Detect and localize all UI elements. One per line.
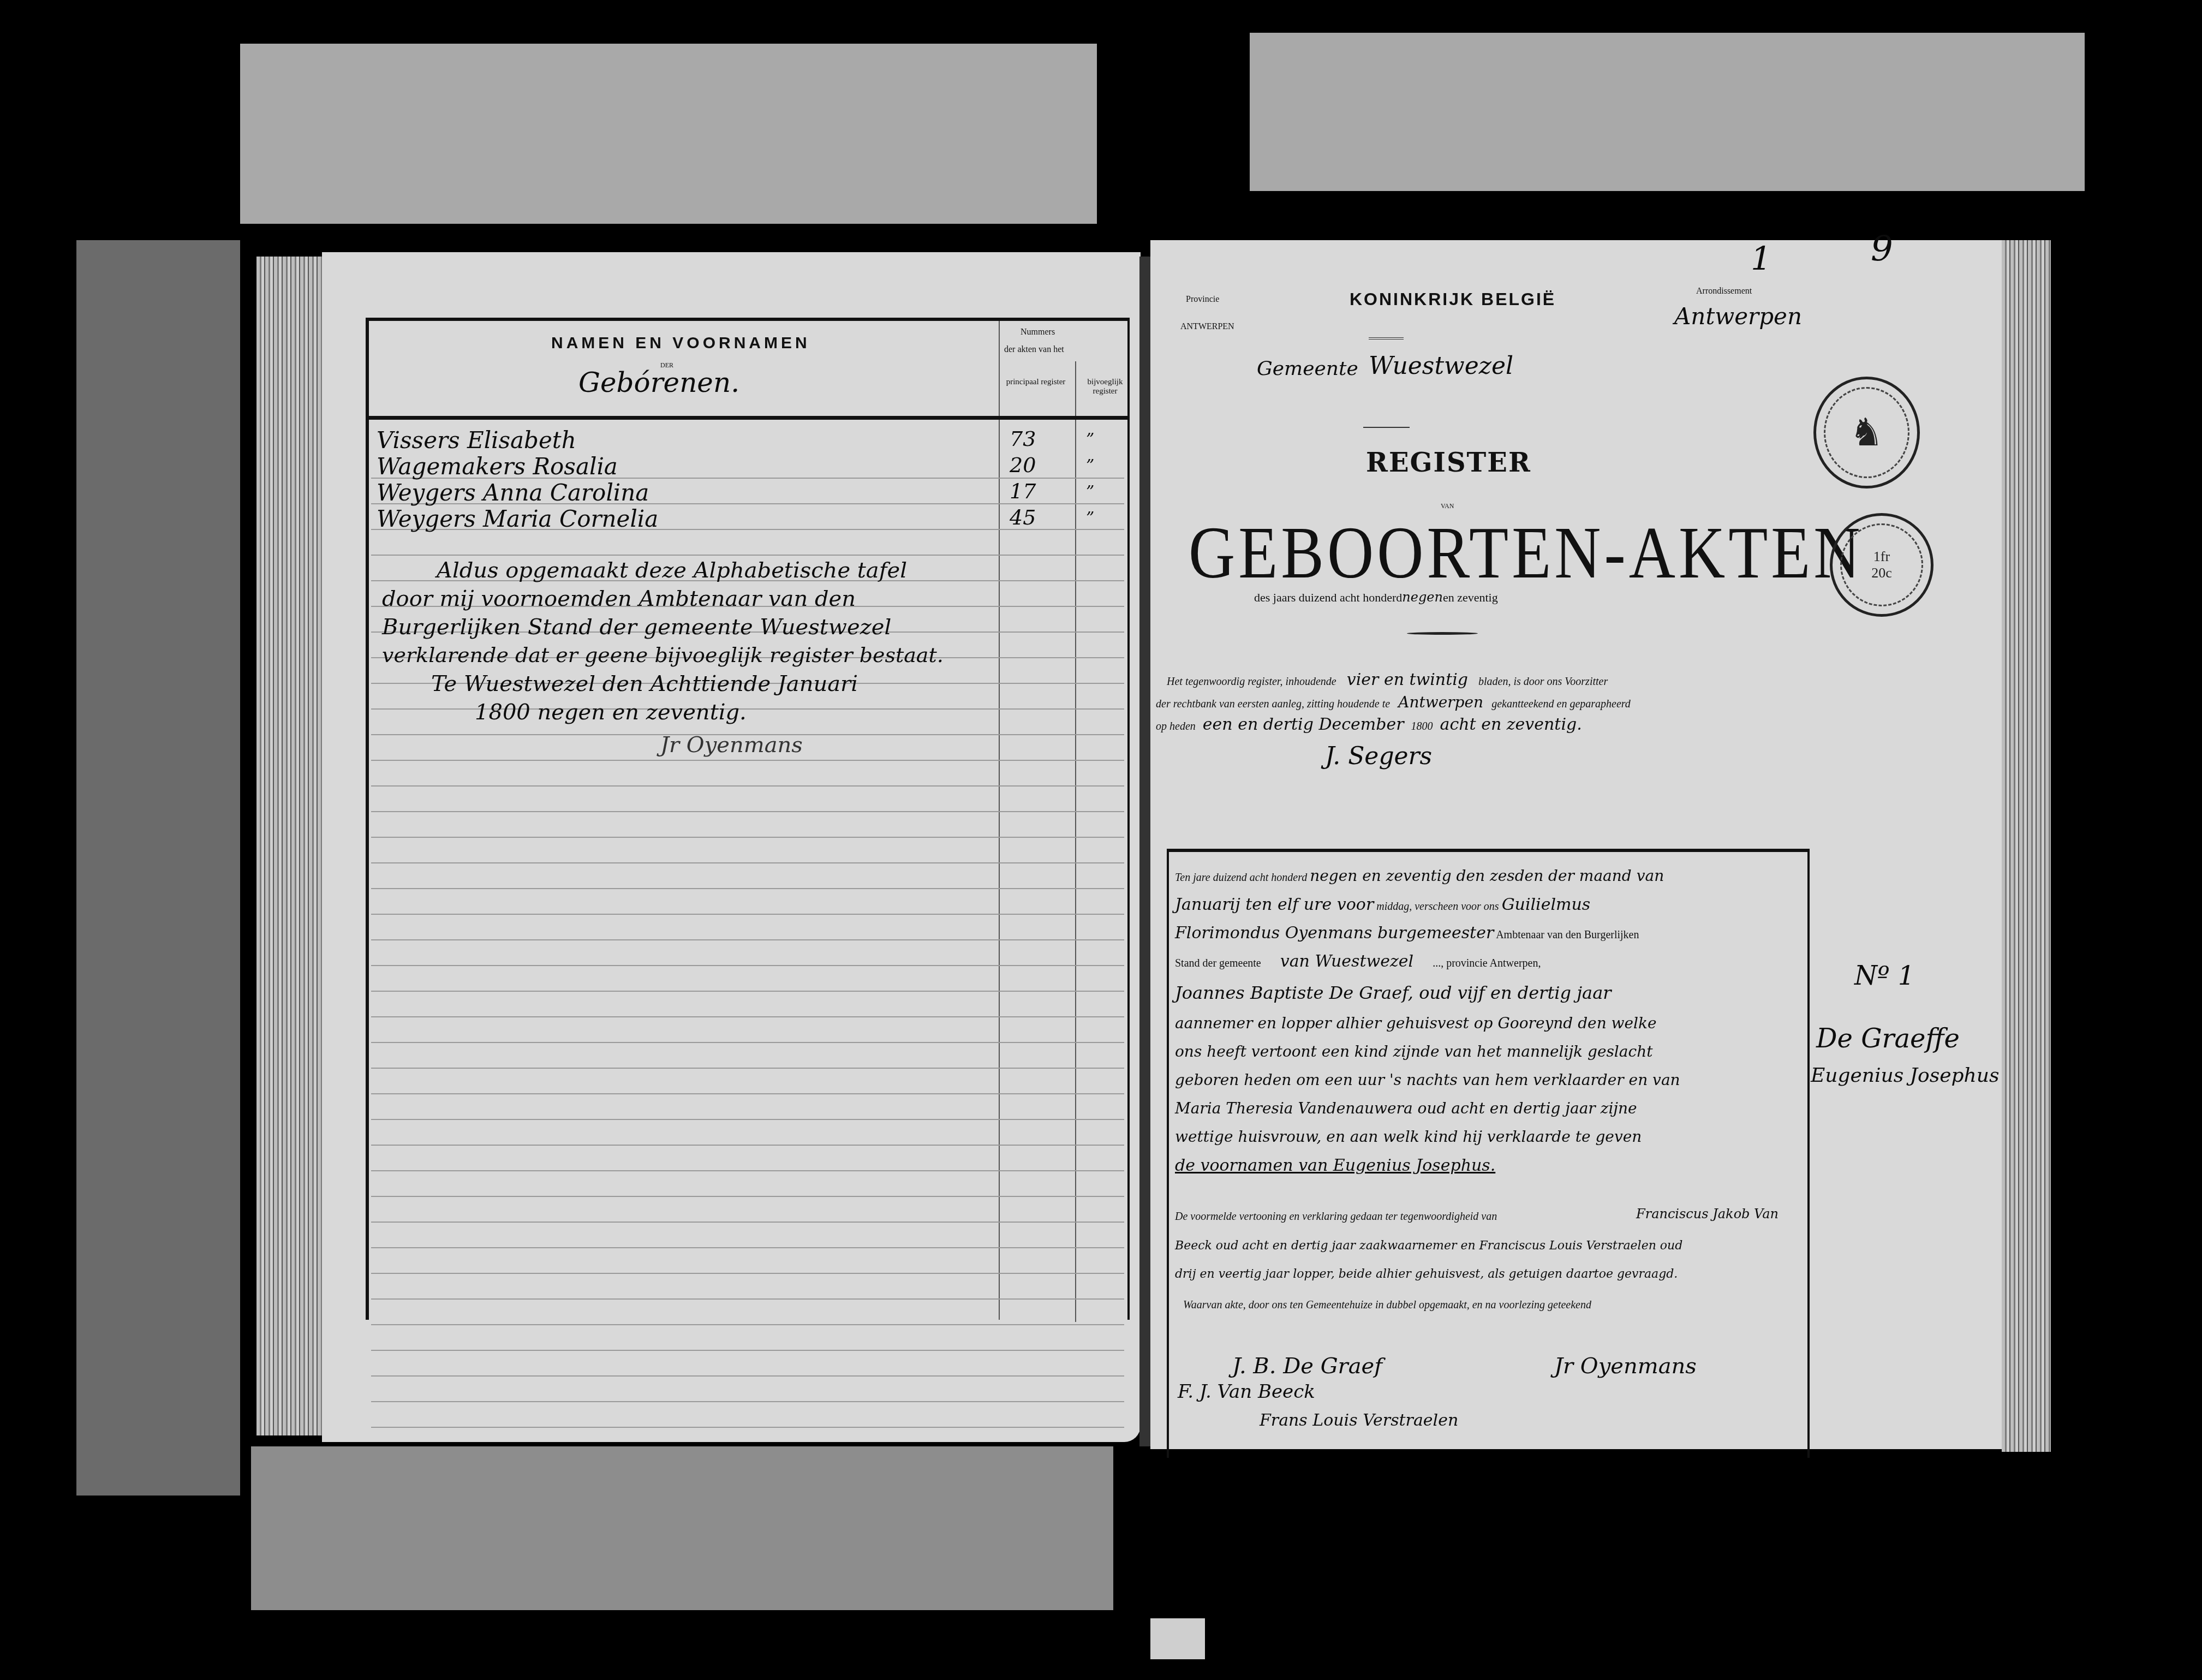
act-line: Januarij ten elf ure voor middag, versch… xyxy=(1175,895,1590,914)
stamp-timbre-de-dimension: 1fr 20c xyxy=(1830,513,1934,617)
index-row: Wagemakers Rosalia 20 ” xyxy=(377,453,1130,480)
margin-act-number: Nº 1 xyxy=(1854,961,1914,991)
closing-line: Burgerlijken Stand der gemeente Wuestwez… xyxy=(382,615,891,640)
left-page: NAMEN EN VOORNAMEN DER Gebórenen. Nummer… xyxy=(322,252,1141,1442)
register-van: VAN xyxy=(1441,502,1454,510)
closing-line: 1800 negen en zeventig. xyxy=(475,700,747,725)
left-page-edges xyxy=(256,257,322,1435)
year-line: des jaars duizend acht honderdnegenen ze… xyxy=(1254,589,1498,605)
closing-line: verklarende dat er geene bijvoeglijk reg… xyxy=(382,643,944,667)
closing-line: Te Wuestwezel den Achttiende Januari xyxy=(431,671,858,696)
book-spine xyxy=(1139,257,1150,1446)
provincie-value: ANTWERPEN xyxy=(1180,322,1234,332)
signature-declarant: J. B. De Graef xyxy=(1232,1354,1382,1379)
index-row: Weygers Anna Carolina 17 ” xyxy=(377,479,1130,507)
year-prefix: des jaars duizend acht honderd xyxy=(1254,591,1402,604)
act-line: aannemer en lopper alhier gehuisvest op … xyxy=(1175,1014,1657,1032)
act-line: Florimondus Oyenmans burgemeester Ambten… xyxy=(1175,924,1639,943)
closing-line: door mij voornoemden Ambtenaar van den xyxy=(382,586,856,611)
act-line: Stand der gemeente van Wuestwezel ..., p… xyxy=(1175,952,1541,971)
signature-witness-2: Frans Louis Verstraelen xyxy=(1260,1411,1458,1430)
closing-print: Waarvan akte, door ons ten Gemeentehuize… xyxy=(1183,1299,1591,1312)
index-row: Vissers Elisabeth 73 ” xyxy=(377,427,1130,454)
row-principal: 73 xyxy=(1010,427,1036,451)
table-surface-top-left xyxy=(240,44,1097,224)
margin-surname: De Graeffe xyxy=(1816,1023,1960,1054)
row-bijvoeglijk: ” xyxy=(1086,509,1094,528)
year-hand: negen xyxy=(1402,589,1443,605)
gemeente-divider xyxy=(1363,427,1410,428)
act-line: Maria Theresia Vandenauwera oud acht en … xyxy=(1175,1099,1637,1117)
certification-line-3: op heden een en dertig December 1800 ach… xyxy=(1156,715,1582,734)
corner-number-right: 9 xyxy=(1871,229,1893,270)
main-title: GEBOORTEN-AKTEN xyxy=(1189,510,1864,595)
row-principal: 45 xyxy=(1010,505,1036,529)
row-principal: 20 xyxy=(1010,453,1036,477)
witnesses-hand: Beeck oud acht en dertig jaar zaakwaarne… xyxy=(1175,1239,1682,1253)
header-separator xyxy=(369,416,1127,420)
right-page-edges xyxy=(2002,240,2051,1452)
row-principal: 17 xyxy=(1010,479,1036,503)
index-row: Weygers Maria Cornelia 45 ” xyxy=(377,505,1130,533)
column-header-bijvoeglijk: bijvoeglijk register xyxy=(1078,378,1132,396)
witnesses-hand: drij en veertig jaar lopper, beide alhie… xyxy=(1175,1267,1678,1281)
gemeente-label: Gemeente xyxy=(1257,358,1358,380)
row-name: Wagemakers Rosalia xyxy=(377,453,618,480)
index-header-title: NAMEN EN VOORNAMEN xyxy=(551,334,810,353)
signature-witness-1: F. J. Van Beeck xyxy=(1178,1381,1315,1403)
gemeente-value: Wuestwezel xyxy=(1369,352,1513,380)
table-surface-top-right xyxy=(1250,33,2085,191)
register-title: REGISTER xyxy=(1366,448,1531,478)
row-bijvoeglijk: ” xyxy=(1086,430,1094,449)
margin-given-names: Eugenius Josephus xyxy=(1811,1064,1999,1087)
year-suffix: en zeventig xyxy=(1443,591,1498,604)
row-bijvoeglijk: ” xyxy=(1086,482,1094,502)
row-name: Weygers Maria Cornelia xyxy=(377,505,658,532)
closing-line: Aldus opgemaakt deze Alphabetische tafel xyxy=(437,558,907,583)
calibration-card xyxy=(1150,1618,1205,1659)
numbers-header: Nummers xyxy=(1021,327,1055,337)
witnesses-print: De voormelde vertooning en verklaring ge… xyxy=(1175,1211,1497,1223)
kingdom-divider xyxy=(1369,337,1404,339)
row-name: Weygers Anna Carolina xyxy=(377,479,649,506)
act-line: wettige huisvrouw, en aan welk kind hij … xyxy=(1175,1128,1642,1146)
stamp-timbre-extraordinaire: ♞ xyxy=(1813,377,1920,488)
numbers-subheader: der akten van het xyxy=(1004,345,1064,355)
act-line: geboren heden om een uur 's nachts van h… xyxy=(1175,1071,1680,1089)
certification-line-1: Het tegenwoordig register, inhoudende vi… xyxy=(1167,670,1608,689)
act-line-child-name: de voornamen van Eugenius Josephus. xyxy=(1175,1156,1495,1175)
kingdom-title: KONINKRIJK BELGIË xyxy=(1350,289,1556,309)
corner-number-left: 1 xyxy=(1751,240,1771,278)
certification-line-2: der rechtbank van eersten aanleg, zittin… xyxy=(1156,693,1631,711)
signature-official: Jr Oyenmans xyxy=(1554,1354,1697,1379)
column-header-principal: principaal register xyxy=(1003,378,1069,387)
table-surface-bottom xyxy=(251,1446,1113,1610)
table-surface-left xyxy=(76,240,240,1496)
act-line: Joannes Baptiste De Graef, oud vijf en d… xyxy=(1175,982,1612,1003)
arrondissement-value: Antwerpen xyxy=(1674,303,1802,330)
row-name: Vissers Elisabeth xyxy=(377,427,576,454)
witnesses-hand: Franciscus Jakob Van xyxy=(1636,1206,1779,1222)
arrondissement-label: Arrondissement xyxy=(1696,287,1752,296)
row-bijvoeglijk: ” xyxy=(1086,456,1094,475)
act-line: Ten jare duizend acht honderd negen en z… xyxy=(1175,867,1664,885)
ornament-divider xyxy=(1407,632,1478,635)
act-line: ons heeft vertoont een kind zijnde van h… xyxy=(1175,1042,1652,1061)
index-header-handwritten: Gebórenen. xyxy=(578,367,739,398)
right-page: 1 9 Provincie ANTWERPEN KONINKRIJK BELGI… xyxy=(1150,240,2002,1449)
provincie-label: Provincie xyxy=(1186,295,1219,305)
left-signature: Jr Oyenmans xyxy=(660,732,803,758)
certification-signature: J. Segers xyxy=(1325,742,1432,770)
